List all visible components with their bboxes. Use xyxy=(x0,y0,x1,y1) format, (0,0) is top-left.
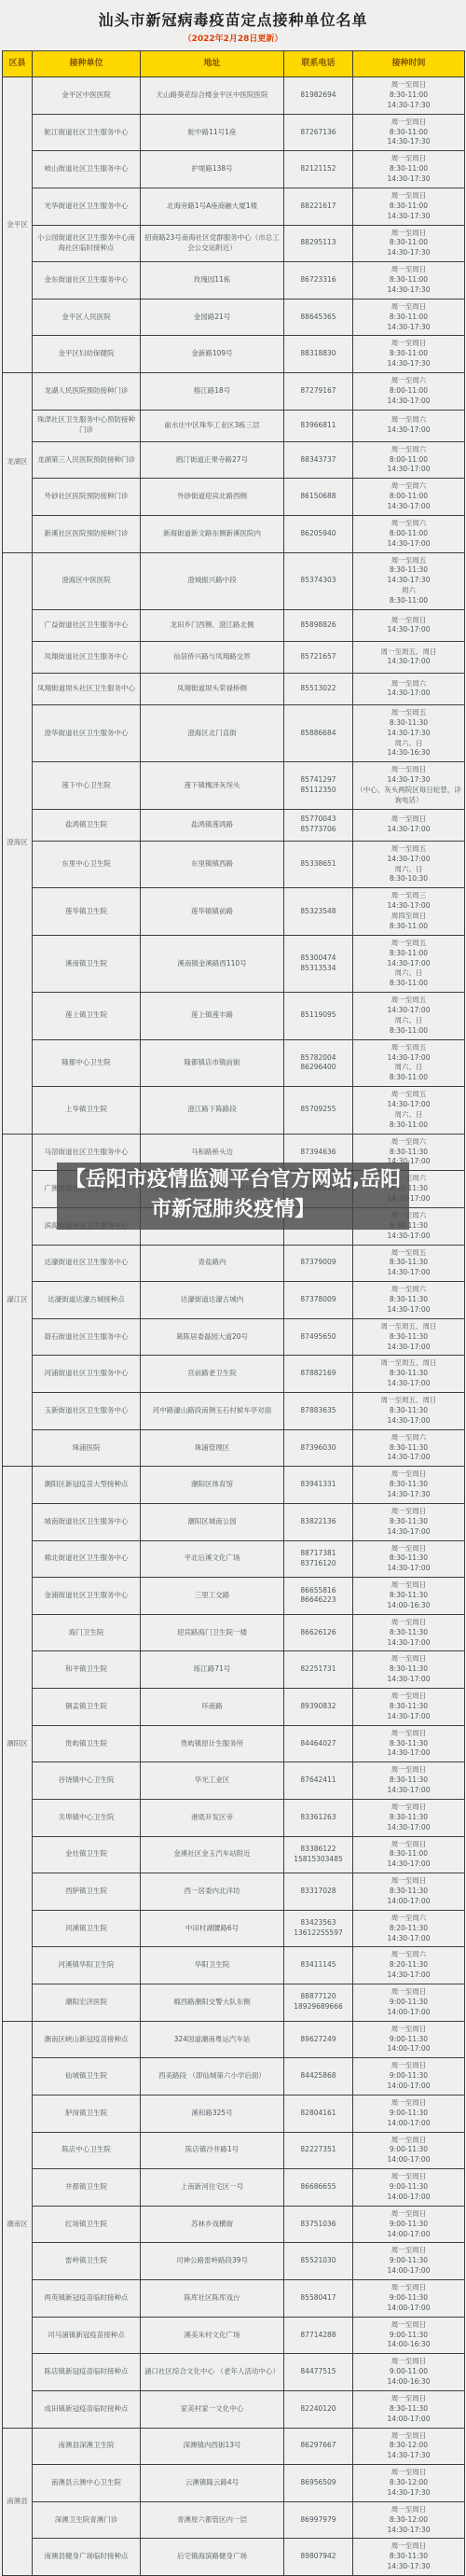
table-row: 珠津社区卫生服务中心预防接种门诊丽水庄中区珠华工业区3栋三层83966811周一… xyxy=(3,410,465,441)
column-header-address: 地址 xyxy=(141,51,284,77)
unit-cell: 金平区人民医院 xyxy=(33,299,141,336)
address-cell: 云澳镇隆云路4号 xyxy=(141,2465,284,2502)
address-cell: 招商路23号南海社区党群服务中心（市总工会公交站附近） xyxy=(141,225,284,262)
address-cell: 苏林乡戏横街 xyxy=(141,2206,284,2243)
time-cell: 周一至周三 14:30-17:00 周四至周日 8:30-11:00 xyxy=(353,888,465,936)
time-cell: 周一至周日 8:30-11:30 14:30-17:00 xyxy=(353,1651,465,1689)
time-cell: 周一至周日 14:30-17:30 （中心、灰头两院区每日轮替，详询电话） xyxy=(353,762,465,810)
phone-cell: 87279167 xyxy=(284,373,353,411)
time-cell: 周一至周日 8:30-11:00 14:30-17:30 xyxy=(353,262,465,299)
unit-cell: 陈店镇新冠疫苗临时接种点 xyxy=(33,2354,141,2391)
phone-cell: 83966811 xyxy=(284,410,353,441)
table-row: 南澳县健身广场临时接种点后宅镇海滨路健身广场89807942周一至周日 8:30… xyxy=(3,2539,465,2576)
unit-cell: 金平区妇幼保健院 xyxy=(33,336,141,373)
address-cell: 葛陈居委磊园大道20号 xyxy=(141,1318,284,1356)
table-row: 隆都中心卫生院隆都镇店市镇前街85782004 86296400周一至周五 14… xyxy=(3,1039,465,1087)
unit-cell: 澄海区中医医院 xyxy=(33,552,141,609)
vaccination-sites-table: 区县 接种单位 地址 联系电话 接种时间 金平区金平区中医医院天山路葵花综合楼金… xyxy=(2,50,465,2576)
time-cell: 周一至周日 9:00-11:30 14:00-17:00 xyxy=(353,2132,465,2169)
unit-cell: 盐鸿镇卫生院 xyxy=(33,809,141,841)
phone-cell: 85513022 xyxy=(284,673,353,704)
unit-cell: 贵屿镇卫生院 xyxy=(33,1725,141,1762)
table-header-row: 区县 接种单位 地址 联系电话 接种时间 xyxy=(3,51,465,77)
phone-cell: 83751036 xyxy=(284,2206,353,2243)
phone-cell: 87495650 xyxy=(284,1318,353,1356)
unit-cell: 玉新街道社区卫生服务中心 xyxy=(33,1393,141,1430)
table-row: 金东街道社区卫生服务中心玫瑰园11栋86723316周一至周日 8:30-11:… xyxy=(3,262,465,299)
unit-cell: 红场镇卫生院 xyxy=(33,2206,141,2243)
time-cell: 周一至周五、周日 14:30-17:00 xyxy=(353,641,465,673)
table-row: 凤翔街道社区卫生服务中心仙居侨兴路与凤翔路交界85721657周一至周五、周日 … xyxy=(3,641,465,673)
time-cell: 周一至周五、周日 8:30-11:30 14:30-17:00 xyxy=(353,1356,465,1393)
phone-cell: 83361263 xyxy=(284,1799,353,1836)
address-cell: 凤翔街道坝头荣禄桥侧 xyxy=(141,673,284,704)
time-cell: 周一至周日 8:30-11:30 14:00-16:30 xyxy=(353,1578,465,1615)
unit-cell: 两英镇新冠疫苗临时接种点 xyxy=(33,2280,141,2318)
unit-cell: 东里中心卫生院 xyxy=(33,841,141,888)
table-row: 东里中心卫生院东里镇镇西路85338651周一至周五 14:30-17:00 周… xyxy=(3,841,465,888)
district-cell: 金平区 xyxy=(3,77,33,373)
address-cell: 上南新河住宅区一号 xyxy=(141,2169,284,2207)
time-cell: 周一至周日 8:30-11:00 14:30-17:30 xyxy=(353,77,465,115)
unit-cell: 龙湖第三人民医院预防接种门诊 xyxy=(33,441,141,479)
district-cell: 澄海区 xyxy=(3,552,33,1134)
unit-cell: 南澳县云澳中心卫生院 xyxy=(33,2465,141,2502)
address-cell: 玫瑰园11栋 xyxy=(141,262,284,299)
address-cell: 榕江路18号 xyxy=(141,373,284,411)
unit-cell: 谷饶镇中心卫生院 xyxy=(33,1762,141,1800)
unit-cell: 潮南区峡山新冠疫苗接种点 xyxy=(33,2021,141,2058)
unit-cell: 广益街道社区卫生服务中心 xyxy=(33,609,141,641)
unit-cell: 达濠街道社区卫生服务中心 xyxy=(33,1245,141,1282)
district-cell: 潮南区 xyxy=(3,2021,33,2428)
phone-cell: 88645365 xyxy=(284,299,353,336)
unit-cell: 海门卫生院 xyxy=(33,1614,141,1651)
unit-cell: 金东街道社区卫生服务中心 xyxy=(33,262,141,299)
phone-cell: 88343737 xyxy=(284,441,353,479)
address-cell: 西美路段 （即仙城第六小学后面） xyxy=(141,2058,284,2096)
address-cell: 三里工交路 xyxy=(141,1578,284,1615)
watermark-overlay: 【岳阳市疫情监测平台官方网站,岳阳市新冠肺炎疫情】 xyxy=(57,1163,409,1230)
table-row: 鮀江街道社区卫生服务中心鮀中路11号1座87267136周一至周日 8:30-1… xyxy=(3,114,465,151)
time-cell: 周一至周五 8:30-11:30 14:30-17:00 xyxy=(353,1245,465,1282)
phone-cell: 84464027 xyxy=(284,1725,353,1762)
time-cell: 周一至周日 9:00-11:30 14:00-17:00 xyxy=(353,2243,465,2280)
table-row: 溪南镇卫生院溪南镇金溪路西110号85300474 85313534周一至周五 … xyxy=(3,935,465,992)
address-cell: 平北后溪文化广场 xyxy=(141,1540,284,1578)
table-row: 城南街道社区卫生服务中心潮阳区城南公园83822136周一至周日 8:30-11… xyxy=(3,1503,465,1540)
unit-cell: 鮀江街道社区卫生服务中心 xyxy=(33,114,141,151)
address-cell: 澄江路下陈路段 xyxy=(141,1087,284,1135)
time-cell: 周一至周六 14:30-17:00 xyxy=(353,410,465,441)
address-cell: 溪南镇金溪路西110号 xyxy=(141,935,284,992)
unit-cell: 小公园街道社区卫生服务中心南海社区临时接种点 xyxy=(33,225,141,262)
phone-cell: 87379009 xyxy=(284,1245,353,1282)
phone-cell: 86626126 xyxy=(284,1614,353,1651)
time-cell: 周一至周日 8:30-11:30 14:00-17:00 xyxy=(353,1873,465,1911)
address-cell: 珠浦管理区 xyxy=(141,1429,284,1467)
table-row: 金灶镇卫生院金溪社区金玉汽车站附近83386122 15815303485周一至… xyxy=(3,1836,465,1873)
table-row: 胪岗镇卫生院溪和路325号82804161周一至周日 9:00-11:30 14… xyxy=(3,2095,465,2132)
unit-cell: 铜盂镇卫生院 xyxy=(33,1689,141,1726)
address-cell: 外砂街道迎宾北路西侧 xyxy=(141,479,284,516)
address-cell: 隆都镇店市镇前街 xyxy=(141,1039,284,1087)
time-cell: 周一至周六 8:30-11:30 14:30-17:00 xyxy=(353,1429,465,1467)
column-header-unit: 接种单位 xyxy=(33,51,141,77)
phone-cell: 86686655 xyxy=(284,2169,353,2207)
address-cell: 棉西路潮阳交警大队东侧 xyxy=(141,1984,284,2022)
phone-cell: 82804161 xyxy=(284,2095,353,2132)
unit-cell: 隆都中心卫生院 xyxy=(33,1039,141,1087)
table-row: 龙湖区龙湖人民医院预防接种门诊榕江路18号87279167周一至周六 8:00-… xyxy=(3,373,465,411)
address-cell: 盐鸿镇莲鸿路 xyxy=(141,809,284,841)
phone-cell: 86150688 xyxy=(284,479,353,516)
phone-cell: 85898826 xyxy=(284,609,353,641)
unit-cell: 达濠街道达濠古城接种点 xyxy=(33,1282,141,1319)
time-cell: 周一至周日 8:30-11:00 14:30-17:30 xyxy=(353,188,465,225)
table-row: 潮阳区潮阳区新冠疫苗大型接种点潮阳区体育馆83941331周一至周日 8:30-… xyxy=(3,1467,465,1504)
phone-cell: 85338651 xyxy=(284,841,353,888)
unit-cell: 礐石街道社区卫生服务中心 xyxy=(33,1318,141,1356)
phone-cell: 81982694 xyxy=(284,77,353,115)
time-cell: 周一至周日 8:30-11:00 14:30-17:30 xyxy=(353,299,465,336)
time-cell: 周一至周日 14:30-17:00 xyxy=(353,609,465,641)
phone-cell: 86655816 86646223 xyxy=(284,1578,353,1615)
table-row: 玉新街道社区卫生服务中心河中路濠山路段南侧玉石村候车亭对面87883635周一至… xyxy=(3,1393,465,1430)
phone-cell: 85323548 xyxy=(284,888,353,936)
time-cell: 周一至周日 8:30-11:00 14:30-17:00 xyxy=(353,1836,465,1873)
address-cell: 金新路109号 xyxy=(141,336,284,373)
address-cell: 护堤路138号 xyxy=(141,151,284,188)
table-row: 陈店镇新冠疫苗临时接种点涵口社区综合文化中心 （老年人活动中心）84477515… xyxy=(3,2354,465,2391)
table-row: 上华镇卫生院澄江路下陈路段85709255周一至周五 14:30-17:00 周… xyxy=(3,1087,465,1135)
phone-cell: 82240120 xyxy=(284,2390,353,2428)
address-cell: 潮阳区体育馆 xyxy=(141,1467,284,1504)
address-cell: 北海旁路1号A座商融大厦1楼 xyxy=(141,188,284,225)
table-row: 小公园街道社区卫生服务中心南海社区临时接种点招商路23号南海社区党群服务中心（市… xyxy=(3,225,465,262)
unit-cell: 珠津社区卫生服务中心预防接种门诊 xyxy=(33,410,141,441)
table-row: 海门卫生院迎宾路海门卫生院一楼86626126周一至周日 8:30-11:30 … xyxy=(3,1614,465,1651)
time-cell: 周一至周六 8:00-11:00 14:30-17:00 xyxy=(353,479,465,516)
unit-cell: 金灶镇卫生院 xyxy=(33,1836,141,1873)
time-cell: 周一至周日 9:00-11:30 14:00-17:00 xyxy=(353,1984,465,2022)
phone-cell: 85721657 xyxy=(284,641,353,673)
phone-cell: 88221617 xyxy=(284,188,353,225)
phone-cell: 86956509 xyxy=(284,2465,353,2502)
time-cell: 周一至周日 8:30-11:30 14:30-17:00 xyxy=(353,1689,465,1726)
phone-cell: 89390832 xyxy=(284,1689,353,1726)
table-row: 西胪镇卫生院西一居委内北洋坊83317028周一至周日 8:30-11:30 1… xyxy=(3,1873,465,1911)
unit-cell: 凤翔街道坝头社区卫生服务中心 xyxy=(33,673,141,704)
address-cell: 西一居委内北洋坊 xyxy=(141,1873,284,1911)
time-cell: 周一至周日 8:30-11:30 14:30-17:00 xyxy=(353,1725,465,1762)
address-cell: 莲华镇镇前路 xyxy=(141,888,284,936)
district-cell: 濠江区 xyxy=(3,1134,33,1467)
table-row: 礐石街道社区卫生服务中心葛陈居委磊园大道20号87495650周一至周五、周日 … xyxy=(3,1318,465,1356)
unit-cell: 莲上镇卫生院 xyxy=(33,993,141,1040)
address-cell: 龙田乡门西侧、澄江路北侧 xyxy=(141,609,284,641)
time-cell: 周一至周五、周日 8:30-11:30 14:30-17:00 xyxy=(353,1318,465,1356)
district-cell: 南澳县 xyxy=(3,2428,33,2576)
table-row: 铜盂镇卫生院环南路89390832周一至周日 8:30-11:30 14:30-… xyxy=(3,1689,465,1726)
phone-cell: 87378009 xyxy=(284,1282,353,1319)
address-cell: 莲下镇槐泽灰埕头 xyxy=(141,762,284,810)
phone-cell: 85374303 xyxy=(284,552,353,609)
unit-cell: 仙城镇卫生院 xyxy=(33,2058,141,2096)
table-row: 岐山街道社区卫生服务中心护堤路138号82121152周一至周日 8:30-11… xyxy=(3,151,465,188)
unit-cell: 岐山街道社区卫生服务中心 xyxy=(33,151,141,188)
table-row: 河溪镇华阳卫生院华阳卫生院83411145周一至周六 8:20-11:30 14… xyxy=(3,1947,465,1984)
unit-cell: 河浦街道社区卫生服务中心 xyxy=(33,1356,141,1393)
address-cell: 家美村家一文化中心 xyxy=(141,2390,284,2428)
phone-cell: 82227351 xyxy=(284,2132,353,2169)
time-cell: 周一至周五 14:30-17:00 周六、日 8:30-11:00 xyxy=(353,1039,465,1087)
time-cell: 周一至周日 14:30-17:00 xyxy=(353,809,465,841)
district-cell: 龙湖区 xyxy=(3,373,33,553)
phone-cell: 87396030 xyxy=(284,1429,353,1467)
time-cell: 周一至周日 8:30-11:30 14:30-17:00 xyxy=(353,1799,465,1836)
phone-cell: 84477515 xyxy=(284,2354,353,2391)
time-cell: 周一至周六 8:30-11:30 14:30-17:00 xyxy=(353,1282,465,1319)
time-cell: 周一至周日 8:30-11:30 14:00-17:00 xyxy=(353,2390,465,2428)
unit-cell: 上华镇卫生院 xyxy=(33,1087,141,1135)
time-cell: 周一至周五 8:30-11:30 14:30-17:30 周六、日 14:30-… xyxy=(353,704,465,761)
table-row: 金平区金平区中医医院天山路葵花综合楼金平区中医院医院81982694周一至周日 … xyxy=(3,77,465,115)
time-cell: 周一至周五 8:30-11:00 14:30-17:00 周六、日 8:30-1… xyxy=(353,935,465,992)
table-row: 金浦街道社区卫生服务中心三里工交路86655816 86646223周一至周日 … xyxy=(3,1578,465,1615)
unit-cell: 司马浦镇新冠疫苗接种点 xyxy=(33,2317,141,2354)
time-cell: 周一至周日 8:30-11:00 14:30-17:30 xyxy=(353,114,465,151)
time-cell: 周一至周五、周日 8:30-11:30 14:30-17:00 xyxy=(353,1393,465,1430)
time-cell: 周一至周日 9:00-11:30 14:00-17:00 xyxy=(353,2095,465,2132)
table-row: 金平区妇幼保健院金新路109号88318830周一至周日 8:30-11:00 … xyxy=(3,336,465,373)
table-row: 光华街道社区卫生服务中心北海旁路1号A座商融大厦1楼88221617周一至周日 … xyxy=(3,188,465,225)
unit-cell: 河溪镇卫生院 xyxy=(33,1910,141,1947)
table-row: 新溪社区医院预防接种门诊新海街道新文路东侧新溪医院内86205940周一至周六 … xyxy=(3,515,465,552)
table-row: 深澳卫生院青澳门诊青澳原六都管区内一层86997979周一至周日 8:30-12… xyxy=(3,2501,465,2539)
phone-cell: 86997979 xyxy=(284,2501,353,2539)
unit-cell: 河溪镇华阳卫生院 xyxy=(33,1947,141,1984)
table-row: 外砂社区医院预防接种门诊外砂街道迎宾北路西侧86150688周一至周六 8:00… xyxy=(3,479,465,516)
phone-cell: 89807942 xyxy=(284,2539,353,2576)
unit-cell: 莲华镇卫生院 xyxy=(33,888,141,936)
time-cell: 周一至周日 8:30-11:30 14:30-17:00 xyxy=(353,1540,465,1578)
table-row: 南澳县云澳中心卫生院云澳镇隆云路4号86956509周一至周日 8:30-12:… xyxy=(3,2465,465,2502)
address-cell: 后宅镇海滨路健身广场 xyxy=(141,2539,284,2576)
table-row: 达濠街道达濠古城接种点达濠街道达濠古城内87378009周一至周六 8:30-1… xyxy=(3,1282,465,1319)
phone-cell: 88717381 83716120 xyxy=(284,1540,353,1578)
address-cell: 青澳原六都管区内一层 xyxy=(141,2501,284,2539)
address-cell: 澄城振兴路中段 xyxy=(141,552,284,609)
phone-cell: 85886684 xyxy=(284,704,353,761)
address-cell: 324国道潮南粤运汽车站 xyxy=(141,2021,284,2058)
unit-cell: 潮阳宏济医院 xyxy=(33,1984,141,2022)
phone-cell: 85709255 xyxy=(284,1087,353,1135)
time-cell: 周一至周五 8:30-11:30 14:30-17:30 周六 8:30-11:… xyxy=(353,552,465,609)
table-row: 雷岭镇卫生院司神公路雷岭路段39号85521030周一至周日 9:00-11:3… xyxy=(3,2243,465,2280)
table-row: 河溪镇卫生院中田村湖腰路6号83423563 13612255597周一至周六 … xyxy=(3,1910,465,1947)
unit-cell: 和平镇卫生院 xyxy=(33,1651,141,1689)
time-cell: 周一至周日 9:00-11:30 14:00-17:00 xyxy=(353,2206,465,2243)
unit-cell: 龙湖人民医院预防接种门诊 xyxy=(33,373,141,411)
table-row: 井都镇卫生院上南新河住宅区一号86686655周一至周日 9:00-11:30 … xyxy=(3,2169,465,2207)
time-cell: 周一至周日 8:30-11:30 14:30-17:30 xyxy=(353,1467,465,1504)
address-cell: 迎宾路海门卫生院一楼 xyxy=(141,1614,284,1651)
address-cell: 练江路71号 xyxy=(141,1651,284,1689)
phone-cell: 85300474 85313534 xyxy=(284,935,353,992)
time-cell: 周一至周六 8:20-11:30 14:30-17:00 xyxy=(353,1910,465,1947)
phone-cell: 87267136 xyxy=(284,114,353,151)
phone-cell: 88295113 xyxy=(284,225,353,262)
address-cell: 河中路濠山路段南侧玉石村候车亭对面 xyxy=(141,1393,284,1430)
phone-cell: 85521030 xyxy=(284,2243,353,2280)
table-row: 红场镇卫生院苏林乡戏横街83751036周一至周日 9:00-11:30 14:… xyxy=(3,2206,465,2243)
address-cell: 青盐路内 xyxy=(141,1245,284,1282)
unit-cell: 珠浦医院 xyxy=(33,1429,141,1467)
address-cell: 陈店镇沙井路1号 xyxy=(141,2132,284,2169)
table-row: 广益街道社区卫生服务中心龙田乡门西侧、澄江路北侧85898826周一至周日 14… xyxy=(3,609,465,641)
phone-cell: 85580417 xyxy=(284,2280,353,2318)
phone-cell: 83423563 13612255597 xyxy=(284,1910,353,1947)
address-cell: 贵屿镇原计生服务所 xyxy=(141,1725,284,1762)
unit-cell: 外砂社区医院预防接种门诊 xyxy=(33,479,141,516)
table-row: 澄华街道社区卫生服务中心澄海区北门直街85886684周一至周五 8:30-11… xyxy=(3,704,465,761)
table-row: 陈店中心卫生院陈店镇沙井路1号82227351周一至周日 9:00-11:30 … xyxy=(3,2132,465,2169)
table-row: 和平镇卫生院练江路71号82251731周一至周日 8:30-11:30 14:… xyxy=(3,1651,465,1689)
time-cell: 周一至周日 8:30-12:00 14:30-17:30 xyxy=(353,2428,465,2465)
address-cell: 深澳镇内西街13号 xyxy=(141,2428,284,2465)
address-cell: 澄海区北门直街 xyxy=(141,704,284,761)
table-row: 潮南区潮南区峡山新冠疫苗接种点324国道潮南粤运汽车站89627249周一至周日… xyxy=(3,2021,465,2058)
table-row: 凤翔街道坝头社区卫生服务中心凤翔街道坝头荣禄桥侧85513022周一至周六 14… xyxy=(3,673,465,704)
page-title: 汕头市新冠病毒疫苗定点接种单位名单 xyxy=(0,0,466,32)
time-cell: 周一至周日 8:30-11:30 14:30-17:30 xyxy=(353,2539,465,2576)
unit-cell: 金浦街道社区卫生服务中心 xyxy=(33,1578,141,1615)
unit-cell: 南澳县深澳卫生院 xyxy=(33,2428,141,2465)
time-cell: 周一至周日 9:00-11:30 14:00-17:00 xyxy=(353,2058,465,2096)
phone-cell: 83822136 xyxy=(284,1503,353,1540)
address-cell: 丽水庄中区珠华工业区3栋三层 xyxy=(141,410,284,441)
table-row: 潮阳宏济医院棉西路潮阳交警大队东侧88877120 18929689666周一至… xyxy=(3,1984,465,2022)
phone-cell: 88318830 xyxy=(284,336,353,373)
table-row: 龙湖第三人民医院预防接种门诊鸥汀街道正果寺路27号88343737周一至周六 8… xyxy=(3,441,465,479)
phone-cell: 87883635 xyxy=(284,1393,353,1430)
address-cell: 环南路 xyxy=(141,1689,284,1726)
unit-cell: 胪岗镇卫生院 xyxy=(33,2095,141,2132)
unit-cell: 井都镇卫生院 xyxy=(33,2169,141,2207)
unit-cell: 成田镇新冠疫苗临时接种点 xyxy=(33,2390,141,2428)
phone-cell: 82121152 xyxy=(284,151,353,188)
unit-cell: 城南街道社区卫生服务中心 xyxy=(33,1503,141,1540)
table-row: 成田镇新冠疫苗临时接种点家美村家一文化中心82240120周一至周日 8:30-… xyxy=(3,2390,465,2428)
table-row: 莲华镇卫生院莲华镇镇前路85323548周一至周三 14:30-17:00 周四… xyxy=(3,888,465,936)
unit-cell: 金平区中医医院 xyxy=(33,77,141,115)
time-cell: 周一至周日 8:30-11:30 14:30-17:00 xyxy=(353,1503,465,1540)
time-cell: 周一至周日 8:30-11:30 14:30-17:00 xyxy=(353,1614,465,1651)
table-row: 关埠镇中心卫生院港底开发区旁83361263周一至周日 8:30-11:30 1… xyxy=(3,1799,465,1836)
phone-cell: 85782004 86296400 xyxy=(284,1039,353,1087)
phone-cell: 85119095 xyxy=(284,993,353,1040)
table-row: 金平区人民医院金园路21号88645365周一至周日 8:30-11:00 14… xyxy=(3,299,465,336)
time-cell: 周一至周日 8:30-12:00 14:30-17:30 xyxy=(353,2465,465,2502)
address-cell: 溪美朱村文化广场 xyxy=(141,2317,284,2354)
address-cell: 鸥汀街道正果寺路27号 xyxy=(141,441,284,479)
address-cell: 华光工业区 xyxy=(141,1762,284,1800)
phone-cell: 87714288 xyxy=(284,2317,353,2354)
update-date: （2022年2月28日更新） xyxy=(0,32,466,44)
unit-cell: 陈店中心卫生院 xyxy=(33,2132,141,2169)
table-row: 南澳县南澳县深澳卫生院深澳镇内西街13号86297667周一至周日 8:30-1… xyxy=(3,2428,465,2465)
address-cell: 鮀中路11号1座 xyxy=(141,114,284,151)
time-cell: 周一至周日 9:00-11:30 14:00-17:00 xyxy=(353,2021,465,2058)
table-row: 司马浦镇新冠疫苗接种点溪美朱村文化广场87714288周一至周日 9:00-11… xyxy=(3,2317,465,2354)
address-cell: 仙居侨兴路与凤翔路交界 xyxy=(141,641,284,673)
address-cell: 金溪社区金玉汽车站附近 xyxy=(141,1836,284,1873)
address-cell: 宫前路老卫生院 xyxy=(141,1356,284,1393)
table-row: 莲上镇卫生院莲上镇莲丰路85119095周一至周五 14:30-17:00 周六… xyxy=(3,993,465,1040)
phone-cell: 85741297 85112350 xyxy=(284,762,353,810)
time-cell: 周一至周日 9:00-11:30 14:00-17:00 xyxy=(353,2280,465,2318)
table-row: 达濠街道社区卫生服务中心青盐路内87379009周一至周五 8:30-11:30… xyxy=(3,1245,465,1282)
time-cell: 周一至周日 9:00-11:30 14:00-16:30 xyxy=(353,2317,465,2354)
time-cell: 周一至周五 14:30-17:00 周六、日 8:30-11:00 xyxy=(353,993,465,1040)
address-cell: 达濠街道达濠古城内 xyxy=(141,1282,284,1319)
phone-cell: 84425868 xyxy=(284,2058,353,2096)
unit-cell: 莲下中心卫生院 xyxy=(33,762,141,810)
address-cell: 港底开发区旁 xyxy=(141,1799,284,1836)
time-cell: 周一至周日 8:30-11:00 14:30-17:30 xyxy=(353,225,465,262)
time-cell: 周一至周日 9:00-11:30 14:00-17:00 xyxy=(353,2169,465,2207)
time-cell: 周一至周六 8:00-11:00 14:30-17:00 xyxy=(353,373,465,411)
phone-cell: 88877120 18929689666 xyxy=(284,1984,353,2022)
phone-cell: 87882169 xyxy=(284,1356,353,1393)
unit-cell: 南澳县健身广场临时接种点 xyxy=(33,2539,141,2576)
time-cell: 周一至周日 8:30-11:00 14:30-17:30 xyxy=(353,336,465,373)
time-cell: 周一至周五 14:30-17:00 周六、日 8:30-10:30 xyxy=(353,841,465,888)
unit-cell: 澄华街道社区卫生服务中心 xyxy=(33,704,141,761)
phone-cell: 85770043 85773706 xyxy=(284,809,353,841)
address-cell: 中田村湖腰路6号 xyxy=(141,1910,284,1947)
time-cell: 周一至周六 8:20-11:30 14:30-17:00 xyxy=(353,1947,465,1984)
phone-cell: 83386122 15815303485 xyxy=(284,1836,353,1873)
time-cell: 周一至周日 8:30-11:00 14:30-17:30 xyxy=(353,151,465,188)
district-cell: 潮阳区 xyxy=(3,1467,33,2021)
address-cell: 涵口社区综合文化中心 （老年人活动中心） xyxy=(141,2354,284,2391)
address-cell: 新海街道新文路东侧新溪医院内 xyxy=(141,515,284,552)
unit-cell: 雷岭镇卫生院 xyxy=(33,2243,141,2280)
unit-cell: 西胪镇卫生院 xyxy=(33,1873,141,1911)
page: 汕头市新冠病毒疫苗定点接种单位名单 （2022年2月28日更新） 区县 接种单位… xyxy=(0,0,466,2576)
time-cell: 周一至周六 8:00-11:00 14:30-17:00 xyxy=(353,515,465,552)
table-row: 莲下中心卫生院莲下镇槐泽灰埕头85741297 85112350周一至周日 14… xyxy=(3,762,465,810)
phone-cell: 87642411 xyxy=(284,1762,353,1800)
address-cell: 司神公路雷岭路段39号 xyxy=(141,2243,284,2280)
table-row: 澄海区澄海区中医医院澄城振兴路中段85374303周一至周五 8:30-11:3… xyxy=(3,552,465,609)
table-row: 棉北街道社区卫生服务中心平北后溪文化广场88717381 83716120周一至… xyxy=(3,1540,465,1578)
phone-cell: 89627249 xyxy=(284,2021,353,2058)
phone-cell: 83317028 xyxy=(284,1873,353,1911)
unit-cell: 凤翔街道社区卫生服务中心 xyxy=(33,641,141,673)
phone-cell: 86723316 xyxy=(284,262,353,299)
phone-cell: 83411145 xyxy=(284,1947,353,1984)
address-cell: 东里镇镇西路 xyxy=(141,841,284,888)
time-cell: 周一至周日 9:00-11:00 14:00-16:30 xyxy=(353,2354,465,2391)
table-row: 谷饶镇中心卫生院华光工业区87642411周一至周日 8:30-11:30 14… xyxy=(3,1762,465,1800)
table-row: 盐鸿镇卫生院盐鸿镇莲鸿路85770043 85773706周一至周日 14:30… xyxy=(3,809,465,841)
address-cell: 天山路葵花综合楼金平区中医院医院 xyxy=(141,77,284,115)
time-cell: 周一至周日 8:30-11:30 14:30-17:00 xyxy=(353,1762,465,1800)
unit-cell: 关埠镇中心卫生院 xyxy=(33,1799,141,1836)
